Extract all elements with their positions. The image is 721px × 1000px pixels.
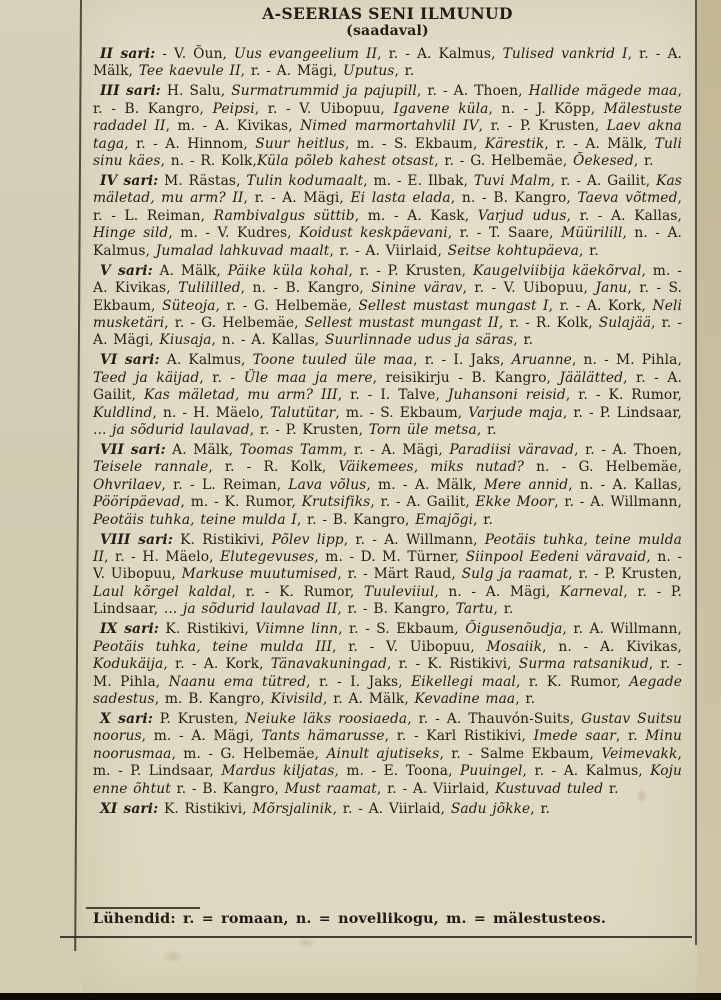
series-list: II sari: - V. Õun, Uus evangeelium II, r… — [93, 46, 682, 818]
series-paragraph-ii: II sari: - V. Õun, Uus evangeelium II, r… — [93, 46, 682, 81]
bottom-border-line — [60, 936, 692, 938]
page-subtitle: (saadaval) — [93, 23, 682, 39]
abbreviations-line: Lühendid: r. = romaan, n. = novellikogu,… — [93, 911, 653, 927]
series-paragraph-vi: VI sari: A. Kalmus, Toone tuuled üle maa… — [93, 352, 682, 439]
right-border-line — [695, 0, 697, 945]
series-paragraph-viii: VIII sari: K. Ristikivi, Põlev lipp, r. … — [93, 532, 682, 619]
series-paragraph-xi: XI sari: K. Ristikivi, Mõrsjalinik, r. -… — [93, 801, 682, 818]
series-paragraph-x: X sari: P. Krusten, Neiuke läks roosiaed… — [93, 711, 682, 798]
page-right-margin — [697, 0, 721, 993]
series-paragraph-iv: IV sari: M. Rästas, Tulin kodumaalt, m. … — [93, 173, 682, 260]
series-paragraph-vii: VII sari: A. Mälk, Toomas Tamm, r. - A. … — [93, 442, 682, 529]
abbreviations-separator-line — [86, 907, 200, 909]
series-paragraph-v: V sari: A. Mälk, Päike küla kohal, r. - … — [93, 263, 682, 350]
series-paragraph-ix: IX sari: K. Ristikivi, Viimne linn, r. -… — [93, 621, 682, 708]
series-paragraph-iii: III sari: H. Salu, Surmatrummid ja pajup… — [93, 83, 682, 170]
scan-edge-band — [0, 993, 721, 1000]
page-content: A-SEERIAS SENI ILMUNUD (saadaval) II sar… — [93, 4, 682, 820]
page-title: A-SEERIAS SENI ILMUNUD — [93, 4, 682, 23]
page-left-margin — [0, 0, 82, 993]
